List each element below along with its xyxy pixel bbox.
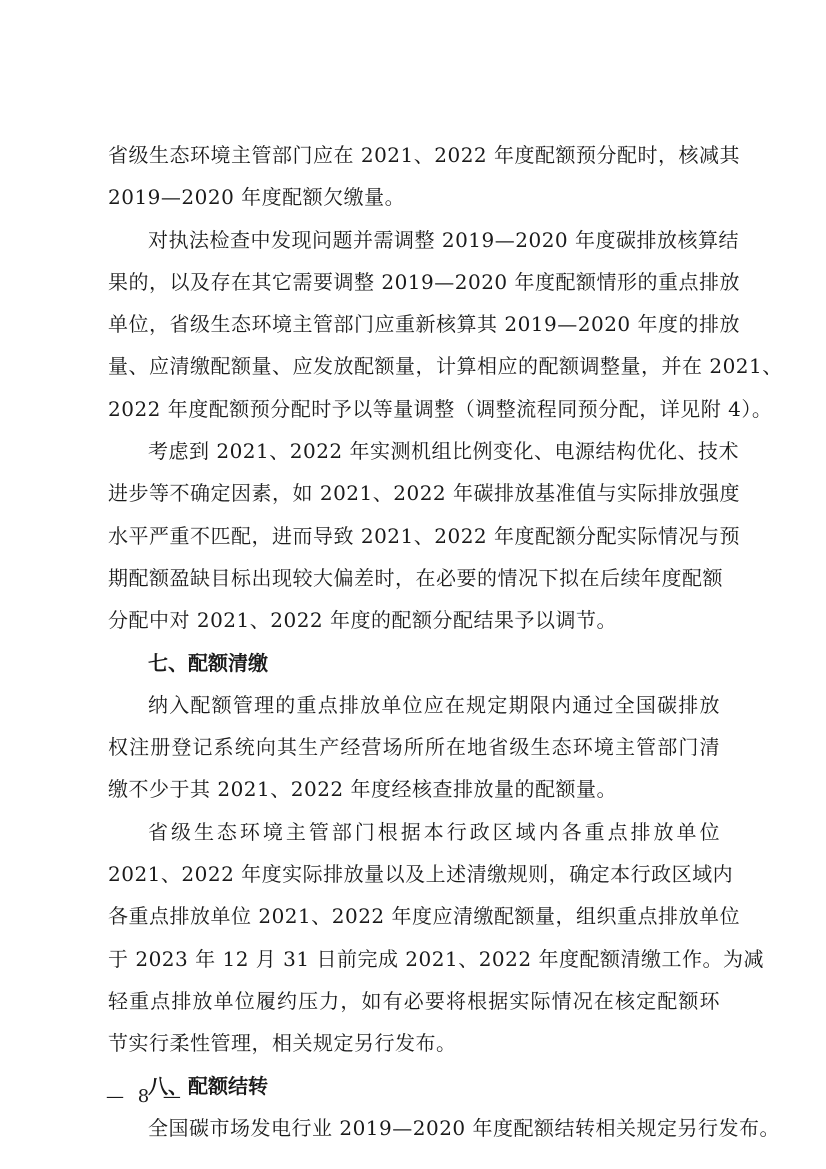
text-line: 节实行柔性管理，相关规定另行发布。: [108, 1022, 720, 1064]
section-heading-quota-carryover: 八、配额结转: [108, 1065, 720, 1107]
text-line: 轻重点排放单位履约压力，如有必要将根据实际情况在核定配额环: [108, 980, 720, 1022]
text-line: 缴不少于其 2021、2022 年度经核查排放量的配额量。: [108, 768, 720, 810]
text-line: 期配额盈缺目标出现较大偏差时，在必要的情况下拟在后续年度配额: [108, 557, 720, 599]
paragraph-surrender-requirement: 纳入配额管理的重点排放单位应在规定期限内通过全国碳排放 权注册登记系统向其生产经…: [108, 684, 720, 811]
text-line: 权注册登记系统向其生产经营场所所在地省级生态环境主管部门清: [108, 726, 720, 768]
text-line: 2022 年度配额预分配时予以等量调整（调整流程同预分配，详见附 4）。: [108, 388, 720, 430]
text-line: 量、应清缴配额量、应发放配额量，计算相应的配额调整量，并在 2021、: [108, 345, 720, 387]
page-number: — 8 —: [106, 1086, 185, 1107]
text-line: 省级生态环境主管部门应在 2021、2022 年度配额预分配时，核减其: [108, 134, 720, 176]
paragraph-surrender-deadline: 省级生态环境主管部门根据本行政区域内各重点排放单位 2021、2022 年度实际…: [108, 811, 720, 1065]
document-body: 省级生态环境主管部门应在 2021、2022 年度配额预分配时，核减其 2019…: [108, 134, 720, 1149]
text-line: 分配中对 2021、2022 年度的配额分配结果予以调节。: [108, 599, 720, 641]
text-line: 各重点排放单位 2021、2022 年度应清缴配额量，组织重点排放单位: [108, 895, 720, 937]
text-line: 于 2023 年 12 月 31 日前完成 2021、2022 年度配额清缴工作…: [108, 938, 720, 980]
text-line: 2021、2022 年度实际排放量以及上述清缴规则，确定本行政区域内: [108, 853, 720, 895]
paragraph-adjustment: 考虑到 2021、2022 年实测机组比例变化、电源结构优化、技术 进步等不确定…: [108, 430, 720, 641]
document-page: 省级生态环境主管部门应在 2021、2022 年度配额预分配时，核减其 2019…: [0, 0, 826, 1169]
text-line: 考虑到 2021、2022 年实测机组比例变化、电源结构优化、技术: [108, 430, 720, 472]
text-line: 全国碳市场发电行业 2019—2020 年度配额结转相关规定另行发布。: [108, 1107, 720, 1149]
text-line: 单位，省级生态环境主管部门应重新核算其 2019—2020 年度的排放: [108, 303, 720, 345]
paragraph-recalculation: 对执法检查中发现问题并需调整 2019—2020 年度碳排放核算结 果的，以及存…: [108, 219, 720, 430]
section-heading-quota-surrender: 七、配额清缴: [108, 642, 720, 684]
text-line: 2019—2020 年度配额欠缴量。: [108, 176, 720, 218]
text-line: 省级生态环境主管部门根据本行政区域内各重点排放单位: [108, 811, 720, 853]
text-line: 进步等不确定因素，如 2021、2022 年碳排放基准值与实际排放强度: [108, 472, 720, 514]
paragraph-quota-deduction: 省级生态环境主管部门应在 2021、2022 年度配额预分配时，核减其 2019…: [108, 134, 720, 219]
text-line: 果的，以及存在其它需要调整 2019—2020 年度配额情形的重点排放: [108, 261, 720, 303]
text-line: 水平严重不匹配，进而导致 2021、2022 年度配额分配实际情况与预: [108, 515, 720, 557]
text-line: 对执法检查中发现问题并需调整 2019—2020 年度碳排放核算结: [108, 219, 720, 261]
paragraph-carryover: 全国碳市场发电行业 2019—2020 年度配额结转相关规定另行发布。: [108, 1107, 720, 1149]
text-line: 纳入配额管理的重点排放单位应在规定期限内通过全国碳排放: [108, 684, 720, 726]
